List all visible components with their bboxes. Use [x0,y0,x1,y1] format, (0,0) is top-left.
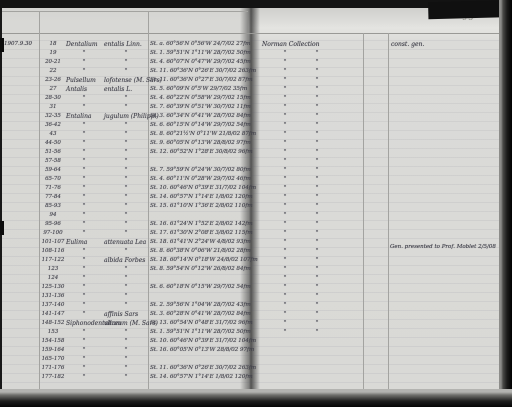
collection-ditto: " [281,328,289,337]
species-cell: " [104,211,148,220]
collection-ditto: " [313,67,321,76]
species-cell: " [104,166,148,175]
register-row: 51-56""St. 12. 60°52'N 1°28'E 30/8/02 96… [0,148,512,157]
species-cell: " [104,373,148,382]
row-number: 85-93 [40,202,66,211]
header-rule [2,33,499,34]
register-rows: 18Dentaliumentalis Linn.St. a. 60°56'N 0… [0,40,512,386]
collection-ditto: " [313,247,321,256]
genus-cell: " [66,247,102,256]
genus-cell: " [66,130,102,139]
row-number: 101-107 [40,238,66,247]
station-cell: St. 4. 60°07'N 0°47'W 29/7/02 45fm [150,58,251,67]
register-row: 148-152Siphonodentaliumvitreum (M. Sars)… [0,319,512,328]
register-row: 27Antalisentalis L.St. 5. 60°09'N 0°5'W … [0,85,512,94]
collection-ditto: " [313,238,321,247]
register-row: 36-42""St. 6. 60°15'N 0°14'W 29/7/02 54f… [0,121,512,130]
register-row: 44-50""St. 9. 60°05'N 0°13'W 28/8/02 97f… [0,139,512,148]
register-row: 153""St. 1. 59°51'N 1°11'W 28/7/02 50fm"… [0,328,512,337]
collection-ditto: " [281,238,289,247]
collection-ditto: " [281,103,289,112]
station-cell: St. 8. 60°21½'N 0°11'W 21/8/02 87fm [150,130,256,139]
collection-ditto: " [281,76,289,85]
collection-ditto: " [313,139,321,148]
collection-ditto: " [313,94,321,103]
station-cell: St. 17. 61°30'N 2°08'E 3/8/02 115fm [150,229,253,238]
species-cell: " [104,355,148,364]
collection-ditto: " [281,148,289,157]
collection-ditto: " [281,193,289,202]
register-row: 57-58"""" [0,157,512,166]
row-number: 165-170 [40,355,66,364]
row-number: 141-147 [40,310,66,319]
collection-ditto: " [313,310,321,319]
species-cell: " [104,184,148,193]
collection-ditto: " [281,49,289,58]
genus-cell: " [66,310,102,319]
species-cell: " [104,193,148,202]
collection-ditto: " [313,121,321,130]
species-cell: " [104,175,148,184]
collection-ditto: " [281,121,289,130]
genus-cell: " [66,337,102,346]
collection-ditto: " [281,301,289,310]
genus-cell: " [66,292,102,301]
collection-ditto: " [313,301,321,310]
collection-ditto: " [281,130,289,139]
collection-ditto: " [313,103,321,112]
station-cell: St. 2. 59°56'N 1°04'W 28/7/02 43fm [150,301,251,310]
genus-cell: " [66,220,102,229]
register-row: 177-182""St. 14. 60°57'N 1°14'E 1/8/02 1… [0,373,512,382]
row-number: 20-21 [40,58,66,67]
collection-ditto: " [281,58,289,67]
genus-cell: " [66,364,102,373]
genus-cell: " [66,148,102,157]
genus-cell: " [66,229,102,238]
collection-ditto: " [281,274,289,283]
genus-cell: " [66,184,102,193]
genus-cell: " [66,58,102,67]
station-cell: St. 6. 60°15'N 0°14'W 29/7/02 54fm [150,121,251,130]
collection-ditto: " [313,148,321,157]
species-cell: jugulum (Philippi) [104,112,148,121]
species-cell: " [104,247,148,256]
register-row: 85-93""St. 15. 61°10'N 1°36'E 2/8/02 110… [0,202,512,211]
row-number: 123 [40,265,66,274]
collection-ditto: " [281,112,289,121]
species-cell: " [104,130,148,139]
genus-cell: " [66,355,102,364]
row-number: 159-164 [40,346,66,355]
station-cell: St. 7. 59°59'N 0°24'W 30/7/02 80fm [150,166,251,175]
register-row: 43""St. 8. 60°21½'N 0°11'W 21/8/02 87fm"… [0,130,512,139]
species-cell: " [104,274,148,283]
species-cell: " [104,202,148,211]
genus-cell: " [66,202,102,211]
collection-ditto: " [281,85,289,94]
collection-ditto: " [313,265,321,274]
collection-ditto: " [313,319,321,328]
station-cell: St. 3. 60°28'N 0°41'W 28/7/02 84fm [150,310,251,319]
register-row: 19""St. 1. 59°51'N 1°11'W 28/7/02 50fm"" [0,49,512,58]
collection-ditto: " [281,265,289,274]
station-cell: St. 16. 61°24'N 1°52'E 2/8/02 142fm [150,220,253,229]
collection-ditto: " [313,202,321,211]
station-cell: St. 10. 60°46'N 0°39'E 31/7/02 104fm [150,337,256,346]
collection-ditto: " [313,184,321,193]
species-cell: " [104,337,148,346]
row-number: 148-152 [40,319,66,328]
row-number: 44-50 [40,139,66,148]
collection-ditto: " [281,229,289,238]
species-cell: " [104,265,148,274]
species-cell: entalis Linn. [104,40,148,49]
register-row: 125-130""St. 6. 60°18'N 0°15'W 29/7/02 5… [0,283,512,292]
collection-ditto: " [281,184,289,193]
genus-cell: " [66,346,102,355]
station-cell: St. 7. 60°39'N 0°51'W 30/7/02 11fm [150,103,251,112]
row-number: 51-56 [40,148,66,157]
species-cell: " [104,220,148,229]
row-number: 153 [40,328,66,337]
row-number: 71-76 [40,184,66,193]
scanned-register-spread: 95 1907.9.30 Norman Collection const. ge… [0,0,512,407]
genus-cell: " [66,283,102,292]
species-cell: " [104,301,148,310]
book-bottom-edge [0,389,512,407]
station-cell: St. 1. 59°51'N 1°11'W 28/7/02 50fm [150,49,251,58]
row-number: 108-116 [40,247,66,256]
row-number: 43 [40,130,66,139]
station-cell: St. 3. 60°34'N 0°41'W 28/7/02 84fm [150,112,251,121]
register-row: 32-35Entalinajugulum (Philippi)St. 3. 60… [0,112,512,121]
register-row: 131-136"""" [0,292,512,301]
species-cell: " [104,49,148,58]
genus-cell: " [66,193,102,202]
station-cell: St. 8. 60°38'N 0°06'W 21/8/02 28fm [150,247,251,256]
register-row: 117-122"albida ForbesSt. 18. 60°14'N 0°1… [0,256,512,265]
row-number: 18 [40,40,66,49]
genus-cell: Siphonodentalium [66,319,102,328]
genus-cell: Eulima [66,238,102,247]
station-cell: St. 4. 60°11'N 0°28'W 29/7/02 46fm [150,175,251,184]
genus-cell: Entalina [66,112,102,121]
register-row: 108-116""St. 8. 60°38'N 0°06'W 21/8/02 2… [0,247,512,256]
station-cell: St. 11. 60°36'N 0°27'E 30/7/02 87fm [150,76,253,85]
genus-cell: " [66,265,102,274]
row-number: 59-64 [40,166,66,175]
register-row: 23-26Pulsellumlofotense (M. Sars)St. 11.… [0,76,512,85]
row-number: 32-35 [40,112,66,121]
register-row: 165-170"" [0,355,512,364]
station-cell: St. 12. 60°52'N 1°28'E 30/8/02 96fm [150,148,253,157]
station-cell: St. 5. 60°09'N 0°5'W 29/7/02 35fm [150,85,247,94]
collection-ditto: " [281,67,289,76]
register-row: 95-96""St. 16. 61°24'N 1°52'E 2/8/02 142… [0,220,512,229]
collection-ditto: " [313,85,321,94]
row-number: 22 [40,67,66,76]
species-cell: lofotense (M. Sars) [104,76,148,85]
row-number: 97-100 [40,229,66,238]
species-cell: " [104,346,148,355]
genus-cell: Pulsellum [66,76,102,85]
collection-ditto: " [313,193,321,202]
genus-cell: " [66,67,102,76]
register-row: 159-164""St. 16. 60°05'N 0°13'W 28/8/02 … [0,346,512,355]
register-row: 154-158""St. 10. 60°46'N 0°39'E 31/7/02 … [0,337,512,346]
species-cell: " [104,94,148,103]
register-row: 65-70""St. 4. 60°11'N 0°28'W 29/7/02 46f… [0,175,512,184]
row-number: 124 [40,274,66,283]
row-number: 154-158 [40,337,66,346]
genus-cell: " [66,175,102,184]
genus-cell: " [66,139,102,148]
station-cell: St. 6. 60°18'N 0°15'W 29/7/02 54fm [150,283,251,292]
collection-ditto: " [281,319,289,328]
row-number: 94 [40,211,66,220]
genus-cell: " [66,373,102,382]
genus-cell: " [66,301,102,310]
register-row: 101-107Eulimaattenuata LeaSt. 18. 61°41'… [0,238,512,247]
station-cell: St. 14. 60°57'N 1°14'E 1/8/02 120fm [150,193,253,202]
species-cell: " [104,148,148,157]
collection-ditto: " [281,202,289,211]
collection-ditto: " [313,328,321,337]
row-number: 57-58 [40,157,66,166]
collection-ditto: " [313,157,321,166]
row-number: 77-84 [40,193,66,202]
row-number: 137-140 [40,301,66,310]
row-number: 19 [40,49,66,58]
row-number: 27 [40,85,66,94]
genus-cell: " [66,256,102,265]
register-row: 28-30""St. 4. 60°22'N 0°58'W 29/7/02 15f… [0,94,512,103]
collection-ditto: " [281,310,289,319]
station-cell: St. 13. 60°54'N 0°48'E 31/7/02 96fm [150,319,253,328]
row-number: 131-136 [40,292,66,301]
collection-ditto: " [313,283,321,292]
collection-ditto: " [313,130,321,139]
station-cell: St. 9. 60°05'N 0°13'W 28/8/02 97fm [150,139,251,148]
collection-ditto: " [313,274,321,283]
genus-cell: " [66,211,102,220]
station-cell: St. 8. 59°54'N 0°12'W 26/8/02 84fm [150,265,251,274]
genus-cell: " [66,166,102,175]
genus-cell: Dentalium [66,40,102,49]
collection-ditto: " [281,211,289,220]
row-number: 23-26 [40,76,66,85]
species-cell: albida Forbes [104,256,148,265]
station-cell: St. 18. 60°14'N 0°18'W 24/8/02 107fm [150,256,258,265]
register-row: 171-176""St. 11. 60°36'N 0°26'E 30/7/02 … [0,364,512,373]
species-cell: " [104,67,148,76]
row-number: 31 [40,103,66,112]
register-row: 31""St. 7. 60°39'N 0°51'W 30/7/02 11fm"" [0,103,512,112]
station-cell: St. 1. 59°51'N 1°11'W 28/7/02 50fm [150,328,251,337]
station-cell: St. 16. 60°05'N 0°13'W 28/8/02 97fm [150,346,254,355]
station-cell: St. 11. 60°36'N 0°26'E 30/7/02 263fm [150,67,256,76]
register-row: 137-140""St. 2. 59°56'N 1°04'W 28/7/02 4… [0,301,512,310]
row-number: 177-182 [40,373,66,382]
species-cell: " [104,139,148,148]
species-cell: affinis Sars [104,310,148,319]
collection-ditto: " [313,58,321,67]
genus-cell: Antalis [66,85,102,94]
collection-ditto: " [313,175,321,184]
register-row: 77-84""St. 14. 60°57'N 1°14'E 1/8/02 120… [0,193,512,202]
station-cell: St. a. 60°56'N 0°56'W 24/7/02 27fm [150,40,250,49]
station-cell: St. 15. 61°10'N 1°36'E 2/8/02 110fm [150,202,253,211]
collection-ditto: " [281,256,289,265]
left-edge-notch [0,221,4,235]
species-cell: " [104,58,148,67]
collection-ditto: " [281,283,289,292]
register-row: 123""St. 8. 59°54'N 0°12'W 26/8/02 84fm"… [0,265,512,274]
register-row: 20-21""St. 4. 60°07'N 0°47'W 29/7/02 45f… [0,58,512,67]
collection-ditto: " [313,256,321,265]
genus-cell: " [66,49,102,58]
species-cell: " [104,103,148,112]
collection-ditto: " [313,166,321,175]
left-edge-notch [0,38,4,52]
register-row: 71-76""St. 10. 60°46'N 0°39'E 31/7/02 10… [0,184,512,193]
collection-ditto: " [313,292,321,301]
genus-cell: " [66,121,102,130]
species-cell: attenuata Lea [104,238,148,247]
row-number: 95-96 [40,220,66,229]
collection-ditto: " [281,247,289,256]
species-cell: " [104,229,148,238]
collection-ditto: " [281,157,289,166]
register-row: 22""St. 11. 60°36'N 0°26'E 30/7/02 263fm… [0,67,512,76]
species-cell: " [104,328,148,337]
species-cell: " [104,121,148,130]
collection-ditto: " [281,175,289,184]
species-cell: entalis L. [104,85,148,94]
row-number: 36-42 [40,121,66,130]
station-cell: St. 4. 60°22'N 0°58'W 29/7/02 15fm [150,94,251,103]
genus-cell: " [66,157,102,166]
row-number: 28-30 [40,94,66,103]
genus-cell: " [66,94,102,103]
row-number: 117-122 [40,256,66,265]
station-cell: St. 11. 60°36'N 0°26'E 30/7/02 263fm [150,364,256,373]
collection-ditto: " [281,166,289,175]
genus-cell: " [66,328,102,337]
genus-cell: " [66,274,102,283]
book-right-edge [499,0,512,407]
species-cell: " [104,283,148,292]
collection-ditto: " [313,112,321,121]
collection-ditto: " [313,229,321,238]
collection-ditto: " [281,292,289,301]
row-number: 171-176 [40,364,66,373]
collection-ditto: " [313,211,321,220]
collection-ditto: " [281,220,289,229]
collection-ditto: " [313,76,321,85]
species-cell: vitreum (M. Sars) [104,319,148,328]
species-cell: " [104,292,148,301]
collection-ditto: " [281,139,289,148]
collection-ditto: " [281,94,289,103]
register-row: 59-64""St. 7. 59°59'N 0°24'W 30/7/02 80f… [0,166,512,175]
genus-cell: " [66,103,102,112]
row-number: 125-130 [40,283,66,292]
register-row: 18Dentaliumentalis Linn.St. a. 60°56'N 0… [0,40,512,49]
station-cell: St. 18. 61°41'N 2°24'W 4/8/02 93fm [150,238,251,247]
collection-ditto: " [313,220,321,229]
collection-ditto: " [313,49,321,58]
species-cell: " [104,157,148,166]
row-number: 65-70 [40,175,66,184]
register-row: 94"""" [0,211,512,220]
register-row: 97-100""St. 17. 61°30'N 2°08'E 3/8/02 11… [0,229,512,238]
species-cell: " [104,364,148,373]
register-row: 141-147"affinis SarsSt. 3. 60°28'N 0°41'… [0,310,512,319]
register-row: 124"""" [0,274,512,283]
station-cell: St. 14. 60°57'N 1°14'E 1/8/02 120fm [150,373,253,382]
station-cell: St. 10. 60°46'N 0°39'E 31/7/02 104fm [150,184,256,193]
